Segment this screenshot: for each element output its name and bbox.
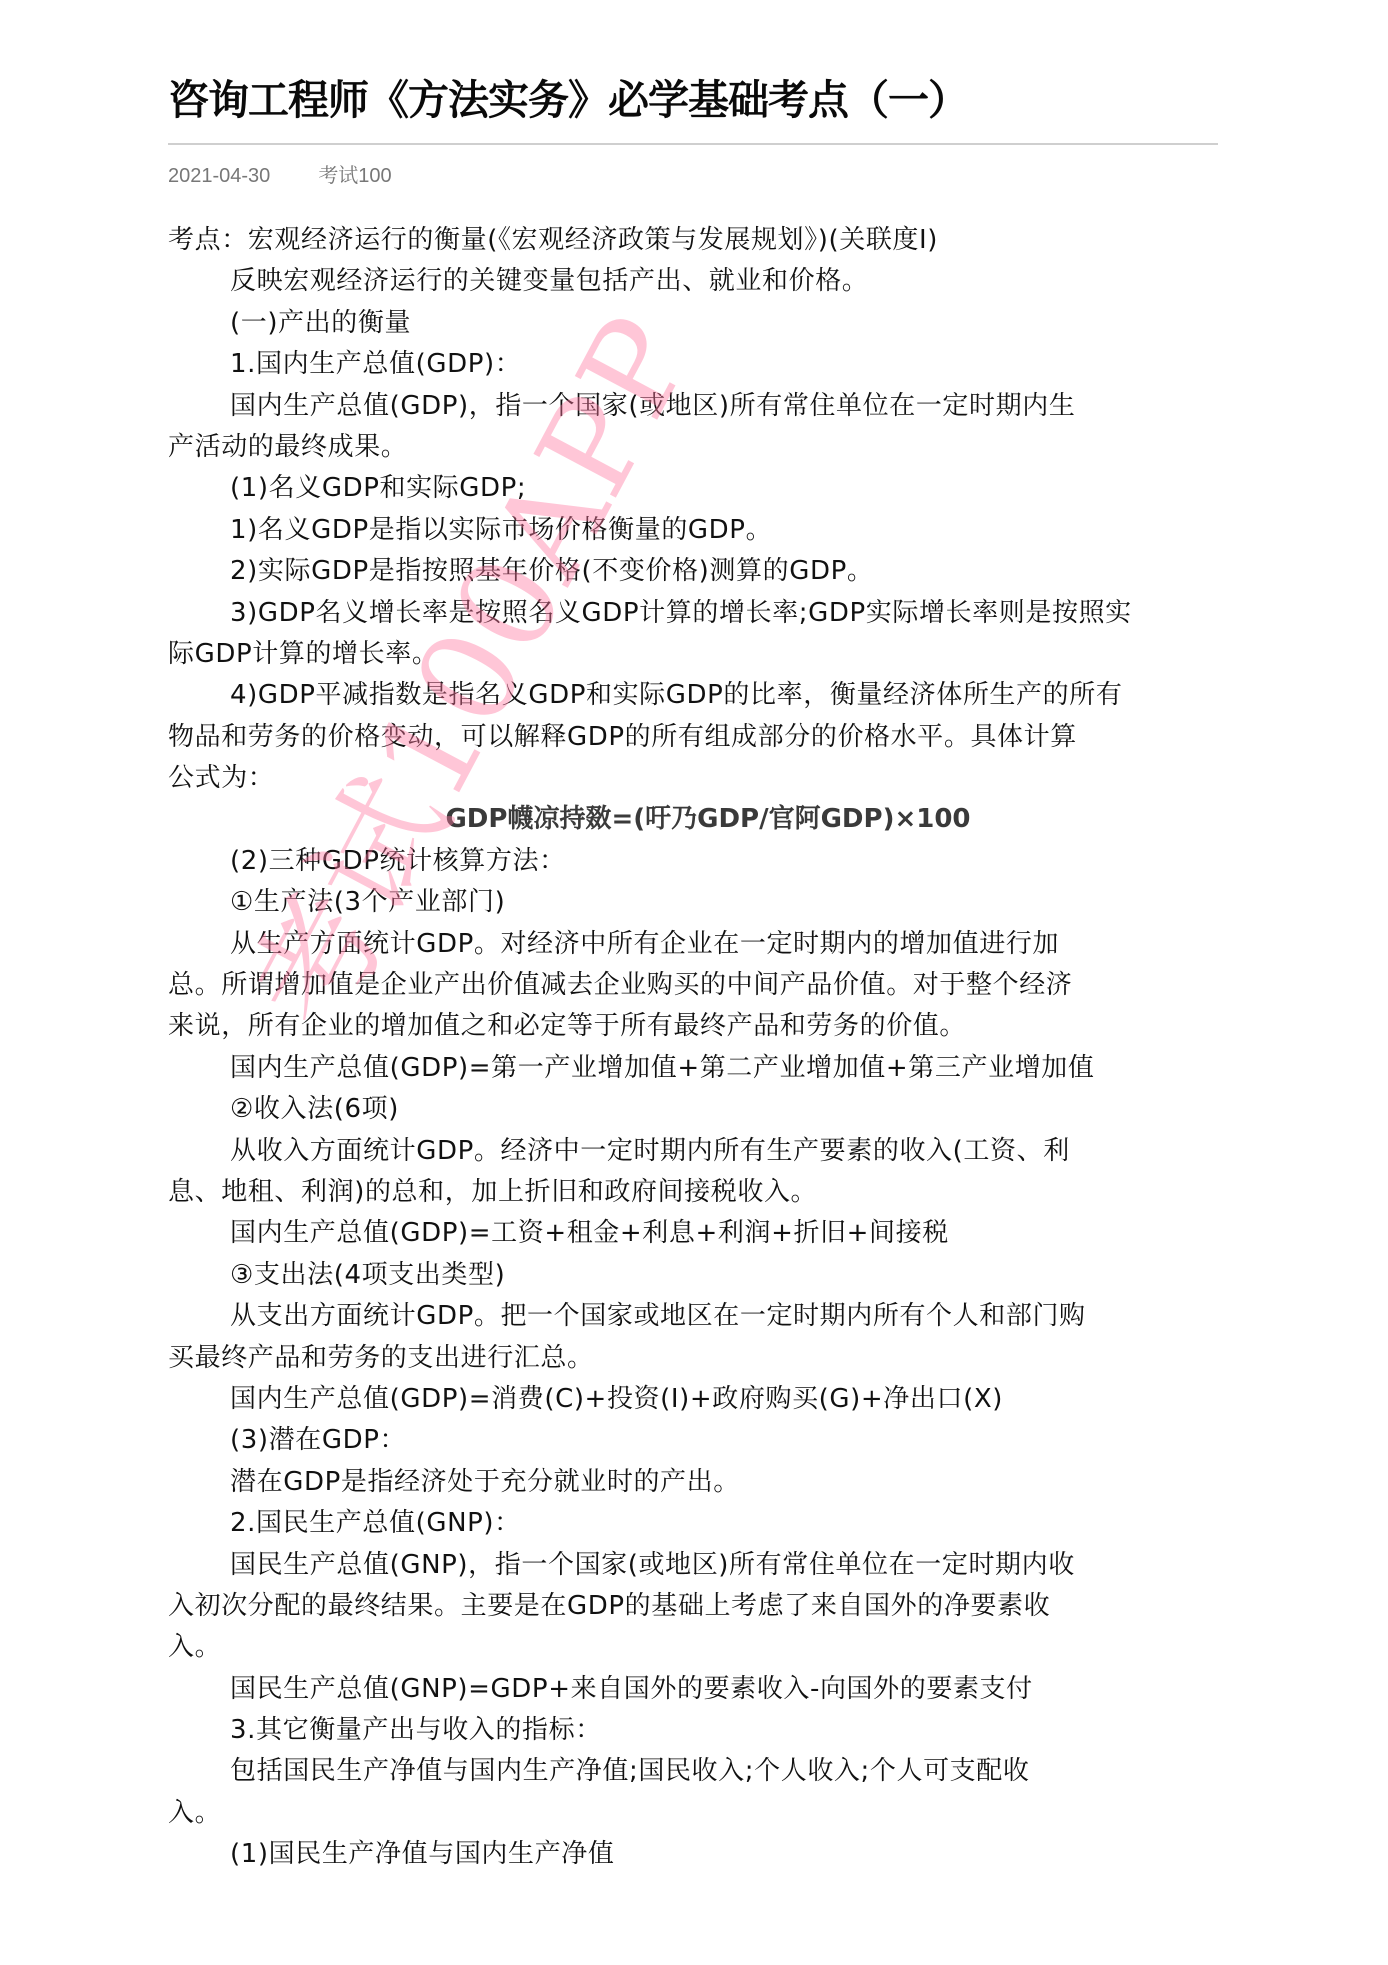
paragraph-line: (一)产出的衡量 [168, 303, 1218, 344]
paragraph-line: ①生产法(3个产业部门) [168, 882, 1218, 923]
article-title: 咨询工程师《方法实务》必学基础考点（一） [168, 72, 968, 128]
paragraph-line: ③支出法(4项支出类型) [168, 1255, 1218, 1296]
paragraph-line: 2.国民生产总值(GNP)： [168, 1503, 1218, 1544]
paragraph-line: 从支出方面统计GDP。把一个国家或地区在一定时期内所有个人和部门购 [168, 1296, 1218, 1337]
paragraph-line: 买最终产品和劳务的支出进行汇总。 [168, 1338, 1218, 1379]
paragraph-line: 国内生产总值(GDP)，指一个国家(或地区)所有常住单位在一定时期内生 [168, 386, 1218, 427]
paragraph-line: 国内生产总值(GDP)=消费(C)+投资(I)+政府购买(G)+净出口(X) [168, 1379, 1218, 1420]
paragraph-line: 考点：宏观经济运行的衡量(《宏观经济政策与发展规划》)(关联度Ⅰ) [168, 220, 1218, 261]
paragraph-line: 从生产方面统计GDP。对经济中所有企业在一定时期内的增加值进行加 [168, 924, 1218, 965]
article-body: 考点：宏观经济运行的衡量(《宏观经济政策与发展规划》)(关联度Ⅰ)反映宏观经济运… [168, 220, 1218, 1876]
paragraph-line: 包括国民生产净值与国内生产净值;国民收入;个人收入;个人可支配收 [168, 1751, 1218, 1792]
paragraph-line: 来说，所有企业的增加值之和必定等于所有最终产品和劳务的价值。 [168, 1006, 1218, 1047]
paragraph-line: (1)名义GDP和实际GDP; [168, 468, 1218, 509]
paragraph-line: (2)三种GDP统计核算方法： [168, 841, 1218, 882]
paragraph-line: 从收入方面统计GDP。经济中一定时期内所有生产要素的收入(工资、利 [168, 1131, 1218, 1172]
publish-date: 2021-04-30 [168, 165, 270, 187]
paragraph-line: 4)GDP平减指数是指名义GDP和实际GDP的比率，衡量经济体所生产的所有 [168, 675, 1218, 716]
article-meta: 2021-04-30考试100 [168, 162, 392, 190]
paragraph-line: 际GDP计算的增长率。 [168, 634, 1218, 675]
paragraph-line: 国民生产总值(GNP)=GDP+来自国外的要素收入-向国外的要素支付 [168, 1669, 1218, 1710]
title-divider [168, 143, 1218, 145]
paragraph-line: 入。 [168, 1793, 1218, 1834]
paragraph-line: 2)实际GDP是指按照基年价格(不变价格)测算的GDP。 [168, 551, 1218, 592]
paragraph-line: 入初次分配的最终结果。主要是在GDP的基础上考虑了来自国外的净要素收 [168, 1586, 1218, 1627]
paragraph-line: 国内生产总值(GDP)=第一产业增加值+第二产业增加值+第三产业增加值 [168, 1048, 1218, 1089]
paragraph-line: 国民生产总值(GNP)，指一个国家(或地区)所有常住单位在一定时期内收 [168, 1545, 1218, 1586]
paragraph-line: 总。所谓增加值是企业产出价值减去企业购买的中间产品价值。对于整个经济 [168, 965, 1218, 1006]
paragraph-line: 潜在GDP是指经济处于充分就业时的产出。 [168, 1462, 1218, 1503]
paragraph-line: 物品和劳务的价格变动，可以解释GDP的所有组成部分的价格水平。具体计算 [168, 717, 1218, 758]
paragraph-line: 息、地租、利润)的总和，加上折旧和政府间接税收入。 [168, 1172, 1218, 1213]
article-source: 考试100 [318, 165, 391, 187]
paragraph-line: (1)国民生产净值与国内生产净值 [168, 1834, 1218, 1875]
paragraph-line: 公式为： [168, 758, 1218, 799]
paragraph-line: ②收入法(6项) [168, 1089, 1218, 1130]
formula-line: GDP幭凉持敪=(吁乃GDP/官阿GDP)×100 [168, 799, 1218, 840]
paragraph-line: 1)名义GDP是指以实际市场价格衡量的GDP。 [168, 510, 1218, 551]
paragraph-line: (3)潜在GDP： [168, 1420, 1218, 1461]
paragraph-line: 入。 [168, 1627, 1218, 1668]
paragraph-line: 3)GDP名义增长率是按照名义GDP计算的增长率;GDP实际增长率则是按照实 [168, 593, 1218, 634]
paragraph-line: 3.其它衡量产出与收入的指标： [168, 1710, 1218, 1751]
paragraph-line: 1.国内生产总值(GDP)： [168, 344, 1218, 385]
paragraph-line: 产活动的最终成果。 [168, 427, 1218, 468]
paragraph-line: 国内生产总值(GDP)=工资+租金+利息+利润+折旧+间接税 [168, 1213, 1218, 1254]
paragraph-line: 反映宏观经济运行的关键变量包括产出、就业和价格。 [168, 261, 1218, 302]
